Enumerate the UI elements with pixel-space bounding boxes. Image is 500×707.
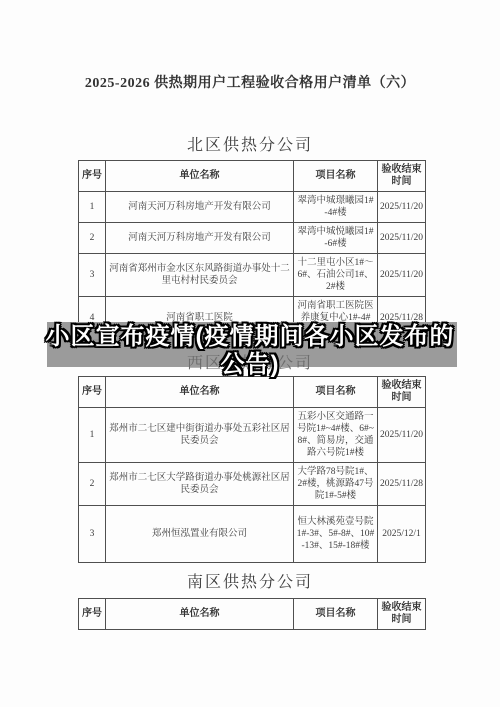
unit-name-cell: 郑州市二七区建中街街道办事处五彩社区居民委员会 [106,408,294,463]
column-header: 项目名称 [294,599,378,630]
section-title-south: 南区供热分公司 [0,569,500,592]
row-index-cell: 3 [79,506,106,563]
row-index-cell: 2 [79,223,106,254]
table-header-row: 序号单位名称项目名称验收结束时间 [79,377,426,408]
table-header-row: 序号单位名称项目名称验收结束时间 [79,599,426,630]
acceptance-date-cell: 2025/11/20 [378,254,426,297]
table-header-row: 序号单位名称项目名称验收结束时间 [79,161,426,192]
project-name-cell: 翠湾中城璟曦园1#-4#楼 [294,192,378,223]
acceptance-date-cell: 2025/11/20 [378,223,426,254]
column-header: 验收结束时间 [378,377,426,408]
section-title-north: 北区供热分公司 [0,132,500,155]
acceptance-table-north: 序号单位名称项目名称验收结束时间1河南天河万科房地产开发有限公司翠湾中城璟曦园1… [78,160,426,340]
table-row: 2郑州市二七区大学路街道办事处桃源社区居民委员会大学路78号院1#、2#楼，桃源… [79,463,426,506]
row-index-cell: 2 [79,463,106,506]
project-name-cell: 十二里屯小区1#～6#、石油公司1#、2#楼 [294,254,378,297]
watermark-caption-line2: 公告) [0,351,500,379]
acceptance-table-west: 序号单位名称项目名称验收结束时间1郑州市二七区建中街街道办事处五彩社区居民委员会… [78,376,426,563]
watermark-caption: 小区宣布疫情(疫情期间各小区发布的 公告) [0,323,500,379]
watermark-caption-line1: 小区宣布疫情(疫情期间各小区发布的 [0,323,500,351]
project-name-cell: 翠湾中城悦曦园1#-6#楼 [294,223,378,254]
row-index-cell: 1 [79,408,106,463]
unit-name-cell: 河南省郑州市金水区东风路街道办事处十二里屯村村民委员会 [106,254,294,297]
unit-name-cell: 河南天河万科房地产开发有限公司 [106,223,294,254]
row-index-cell: 3 [79,254,106,297]
acceptance-date-cell: 2025/11/28 [378,463,426,506]
table-row: 1郑州市二七区建中街街道办事处五彩社区居民委员会五彩小区交通路一号院1#~4#楼… [79,408,426,463]
document-page: 2025-2026 供热期用户工程验收合格用户清单（六） 北区供热分公司 序号单… [0,0,500,707]
acceptance-table-south: 序号单位名称项目名称验收结束时间 [78,598,426,630]
unit-name-cell: 河南天河万科房地产开发有限公司 [106,192,294,223]
table-row: 3河南省郑州市金水区东风路街道办事处十二里屯村村民委员会十二里屯小区1#～6#、… [79,254,426,297]
column-header: 单位名称 [106,599,294,630]
acceptance-date-cell: 2025/12/1 [378,506,426,563]
project-name-cell: 大学路78号院1#、2#楼，桃源路47号院1#-5#楼 [294,463,378,506]
project-name-cell: 五彩小区交通路一号院1#~4#楼、6#~8#、简易房，交通路六号院1#楼 [294,408,378,463]
column-header: 项目名称 [294,377,378,408]
acceptance-date-cell: 2025/11/20 [378,408,426,463]
project-name-cell: 恒大林溪苑壹号院1#-3#、5#-8#、10#-13#、15#-18#楼 [294,506,378,563]
column-header: 序号 [79,599,106,630]
unit-name-cell: 郑州恒泓置业有限公司 [106,506,294,563]
column-header: 项目名称 [294,161,378,192]
table-row: 3郑州恒泓置业有限公司恒大林溪苑壹号院1#-3#、5#-8#、10#-13#、1… [79,506,426,563]
column-header: 单位名称 [106,161,294,192]
table-row: 1河南天河万科房地产开发有限公司翠湾中城璟曦园1#-4#楼2025/11/20 [79,192,426,223]
column-header: 序号 [79,377,106,408]
column-header: 序号 [79,161,106,192]
column-header: 单位名称 [106,377,294,408]
acceptance-date-cell: 2025/11/20 [378,192,426,223]
row-index-cell: 1 [79,192,106,223]
table-row: 2河南天河万科房地产开发有限公司翠湾中城悦曦园1#-6#楼2025/11/20 [79,223,426,254]
unit-name-cell: 郑州市二七区大学路街道办事处桃源社区居民委员会 [106,463,294,506]
column-header: 验收结束时间 [378,599,426,630]
column-header: 验收结束时间 [378,161,426,192]
document-title: 2025-2026 供热期用户工程验收合格用户清单（六） [0,72,500,92]
